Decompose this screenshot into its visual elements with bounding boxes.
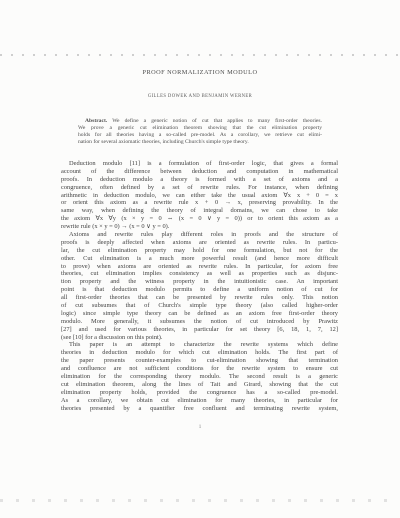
body-line: (see [10] for a discussion on this point… <box>61 334 338 342</box>
body-line: theories, cut elimination implies consis… <box>61 270 338 278</box>
paper-page: PROOF NORMALIZATION MODULO GILLES DOWEK … <box>0 0 400 518</box>
abstract-line: We prove a generic cut elimination theor… <box>78 125 322 132</box>
body-line: other. Cut elimination is a much more po… <box>61 255 338 263</box>
body-text: Deduction modulo [11] is a formulation o… <box>61 160 338 413</box>
abstract-text: We define a generic notion of cut that a… <box>112 118 322 124</box>
body-line: the paper presents counter-examples to c… <box>61 357 338 365</box>
body-line: [27] and used for various theories, in p… <box>61 326 338 334</box>
body-line: Axioms and rewrite rules play different … <box>61 231 338 239</box>
body-line: account of the difference between deduct… <box>61 168 338 176</box>
scan-artifact-dotted-line-bottom <box>0 499 400 502</box>
body-line: congruence, often defined by a set of re… <box>61 184 338 192</box>
body-line: elimination property holds, provided the… <box>61 389 338 397</box>
paper-authors: GILLES DOWEK AND BENJAMIN WERNER <box>0 94 400 99</box>
body-line: the axiom ∀x ∀y (x × y = 0 ⇔ (x = 0 ∨ y … <box>61 215 338 223</box>
body-line: proofs. In deduction modulo a theory is … <box>61 176 338 184</box>
body-line: same way, when defining the theory of in… <box>61 207 338 215</box>
abstract-label: Abstract. <box>85 118 107 124</box>
body-line: modulo. More generally, it subsumes the … <box>61 318 338 326</box>
abstract-block: Abstract. We define a generic notion of … <box>78 118 322 146</box>
body-line: Deduction modulo [11] is a formulation o… <box>61 160 338 168</box>
body-line: or orient this axiom as a rewrite rule x… <box>61 199 338 207</box>
body-line: lar, the cut elimination property may ho… <box>61 247 338 255</box>
body-line: proofs is deeply affected when axioms ar… <box>61 239 338 247</box>
body-line: This paper is an attempt to characterize… <box>61 341 338 349</box>
body-line: point is that deduction modulo permits t… <box>61 286 338 294</box>
body-line: and confluence are not sufficient condit… <box>61 365 338 373</box>
body-line: elimination for the corresponding theory… <box>61 373 338 381</box>
body-line: logic) since simple type theory can be d… <box>61 310 338 318</box>
body-line: theories presented by a quantifier free … <box>61 405 338 413</box>
body-line: As a corollary, we obtain cut eliminatio… <box>61 397 338 405</box>
body-line: all first-order theories that can be pre… <box>61 294 338 302</box>
abstract-line: nation for several axiomatic theories, i… <box>78 139 322 146</box>
body-line: of cut subsumes that of Church's simple … <box>61 302 338 310</box>
scan-artifact-dotted-line-top <box>0 54 400 56</box>
body-line: theories in deduction modulo for which c… <box>61 349 338 357</box>
paper-title: PROOF NORMALIZATION MODULO <box>0 69 400 76</box>
body-line: arithmetic in deduction modulo, we can e… <box>61 192 338 200</box>
body-line: tion property and the witness property i… <box>61 278 338 286</box>
abstract-line: holds for all theories having a so-calle… <box>78 132 322 139</box>
body-line: to prove) when axioms are oriented as re… <box>61 263 338 271</box>
abstract-line: Abstract. We define a generic notion of … <box>78 118 322 125</box>
body-line: rewrite rule (x × y = 0) → (x = 0 ∨ y = … <box>61 223 338 231</box>
body-line: cut elimination theorem, along the lines… <box>61 381 338 389</box>
page-number: 1 <box>0 424 400 430</box>
